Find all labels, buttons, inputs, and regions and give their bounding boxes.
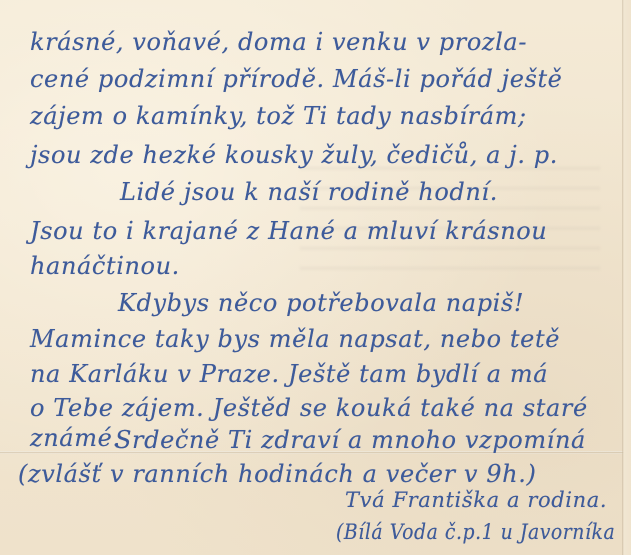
- letter-line: Srdečně Ti zdraví a mnoho vzpomíná: [115, 428, 586, 452]
- letter-line: o Tebe zájem. Ještěd se kouká také na st…: [30, 396, 588, 420]
- letter-line: hanáčtinou.: [30, 254, 180, 278]
- letter-line: Jsou to i krajané z Hané a mluví krásnou: [30, 219, 547, 243]
- letter-line: na Karláku v Praze. Ještě tam bydlí a má: [30, 362, 548, 386]
- letter-line: jsou zde hezké kousky žuly, čedičů, a j.…: [30, 143, 558, 167]
- letter-line: Kdybys něco potřebovala napiš!: [118, 291, 524, 315]
- signature-name: Tvá Františka a rodina.: [345, 490, 607, 511]
- letter-line: krásné, voňavé, doma i venku v prozla-: [30, 30, 527, 54]
- letter-line: Lidé jsou k naší rodině hodní.: [120, 180, 498, 204]
- letter-line: (zvlášť v ranních hodinách a večer v 9h.…: [18, 462, 536, 486]
- letter-line: známé.: [30, 426, 121, 450]
- letter-line: cené podzimní přírodě. Máš-li pořád ješt…: [30, 67, 563, 91]
- letter-line: Mamince taky bys měla napsat, nebo tetě: [30, 327, 560, 351]
- paper-edge-seam: [622, 0, 631, 555]
- letter-line: zájem o kamínky, tož Ti tady nasbírám;: [30, 104, 527, 128]
- signature-address: (Bílá Voda č.p.1 u Javorníka: [336, 522, 615, 543]
